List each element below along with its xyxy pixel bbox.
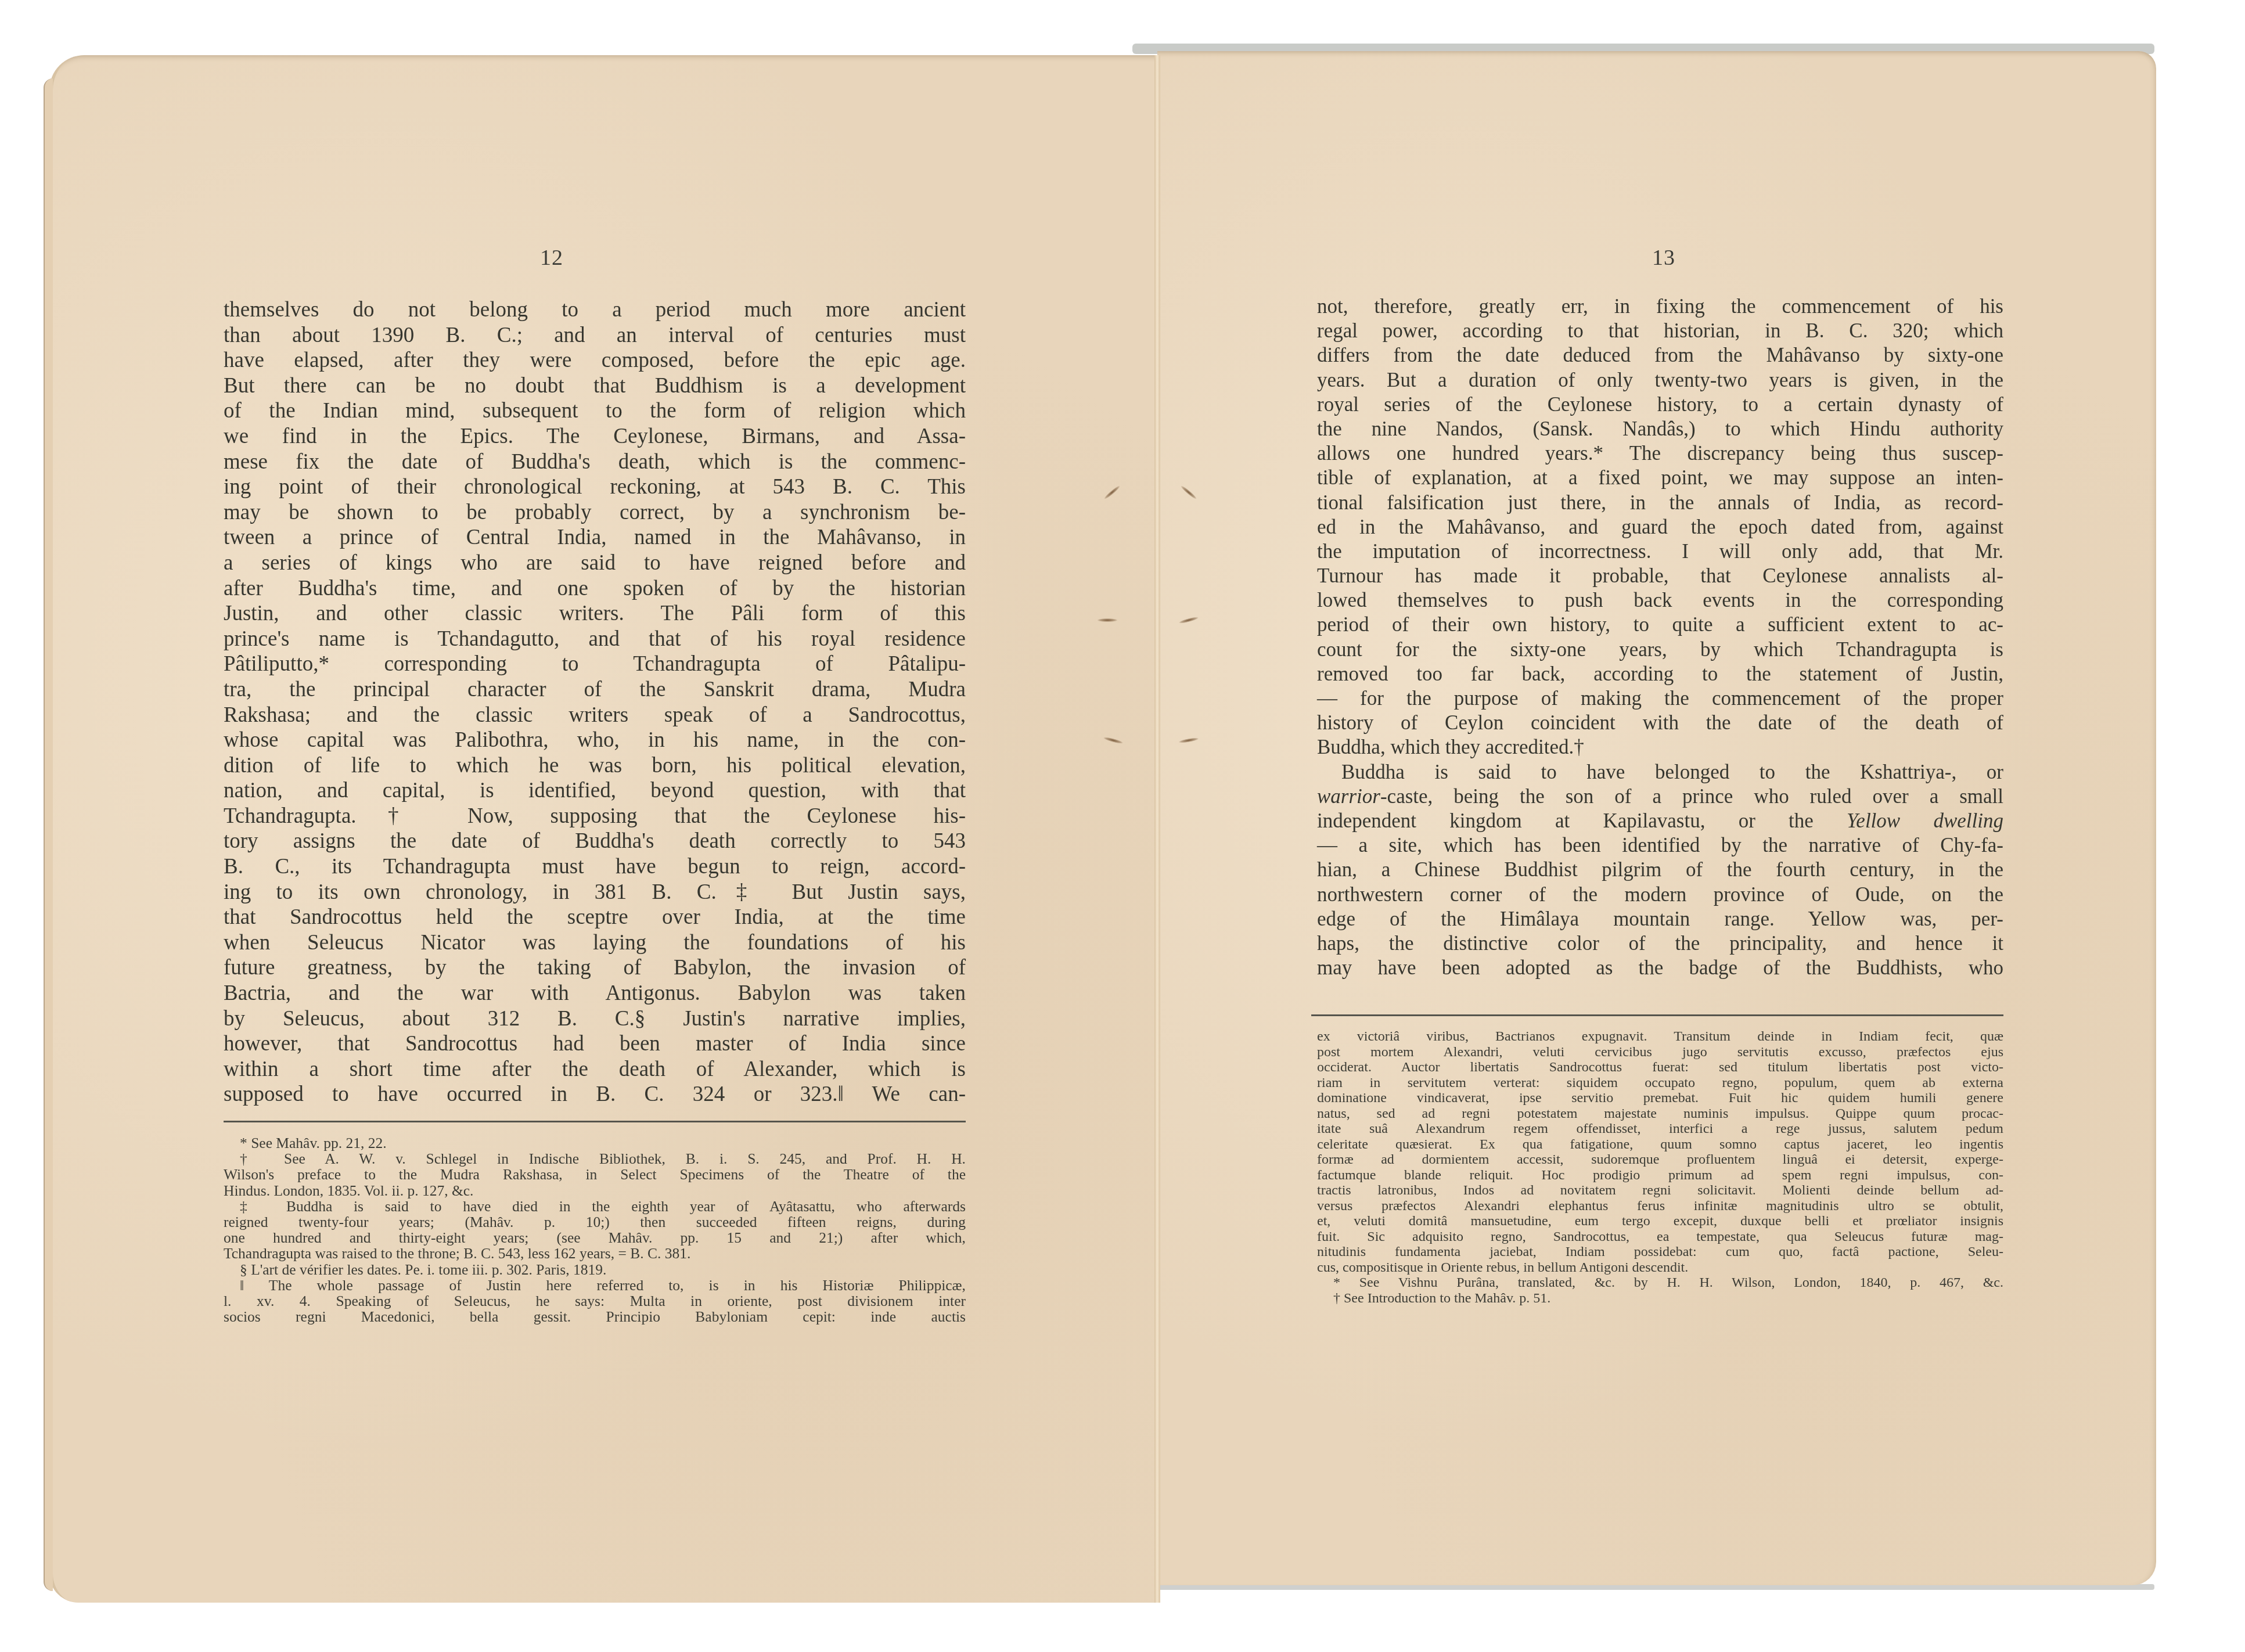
footnote-line: celeritate quæsierat. Ex qua fatigatione… (1317, 1137, 2003, 1153)
text-line: removed too far back, according to the s… (1317, 662, 2003, 686)
text-line: tible of explanation, at a fixed point, … (1317, 466, 2003, 490)
text-line: allows one hundred years.* The discrepan… (1317, 441, 2003, 466)
text-line: prince's name is Tchandagutto, and that … (224, 627, 966, 652)
footnote-line: ‖ The whole passage of Justin here refer… (224, 1277, 966, 1293)
text-line: tra, the principal character of the Sans… (224, 677, 966, 703)
text-line: may have been adopted as the badge of th… (1317, 956, 2003, 980)
footnote-line: * See Mahâv. pp. 21, 22. (224, 1135, 966, 1151)
footnote-line: et, veluti domitâ mansuetudine, eum terg… (1317, 1214, 2003, 1229)
footnote-line: itate suâ Alexandrum regem offendisset, … (1317, 1121, 2003, 1137)
footnote-line: † See A. W. v. Schlegel in Indische Bibl… (224, 1151, 966, 1167)
text-line: tween a prince of Central India, named i… (224, 525, 966, 550)
text-line: haps, the distinctive color of the princ… (1317, 931, 2003, 956)
footnote-line: nitudinis fundamenta jaciebat, Indiam po… (1317, 1244, 2003, 1260)
text-line: Buddha is said to have belonged to the K… (1317, 760, 2003, 784)
text-line: that Sandrocottus held the sceptre over … (224, 905, 966, 930)
text-line: themselves do not belong to a period muc… (224, 297, 966, 323)
page-number-right: 13 (1652, 245, 1675, 271)
text-line: may be shown to be probably correct, by … (224, 500, 966, 526)
text-line: have elapsed, after they were composed, … (224, 348, 966, 373)
text-line: Pâtiliputto,* corresponding to Tchandrag… (224, 652, 966, 677)
text-line: of the Indian mind, subsequent to the fo… (224, 398, 966, 424)
footnote-line: formæ ad dormientem accessit, sudoremque… (1317, 1152, 2003, 1168)
text-line: ed in the Mahâvanso, and guard the epoch… (1317, 515, 2003, 539)
text-line: Tchandragupta.† Now, supposing that the … (224, 804, 966, 829)
text-line: Buddha, which they accredited.† (1317, 735, 2003, 760)
text-segment: independent kingdom at Kapilavastu, or t… (1317, 809, 1847, 832)
text-line: tory assigns the date of Buddha's death … (224, 829, 966, 854)
footnote-line: § L'art de vérifier les dates. Pe. i. to… (224, 1262, 966, 1277)
text-line: B. C., its Tchandragupta must have begun… (224, 854, 966, 880)
book-spine (1154, 55, 1160, 1603)
footnote-line: dominatione vindicaverat, ipse servitio … (1317, 1090, 2003, 1106)
footnote-line: post mortem Alexandri, veluti cervicibus… (1317, 1045, 2003, 1060)
text-line: however, that Sandrocottus had been mast… (224, 1031, 966, 1057)
text-line: — for the purpose of making the commence… (1317, 686, 2003, 711)
footnote-line: l. xv. 4. Speaking of Seleucus, he says:… (224, 1293, 966, 1309)
page-number-left: 12 (540, 245, 563, 271)
text-line: independent kingdom at Kapilavastu, or t… (1317, 809, 2003, 833)
text-line: ing point of their chronological reckoni… (224, 474, 966, 500)
text-line: after Buddha's time, and one spoken of b… (224, 576, 966, 602)
footnote-line: reigned twenty-four years; (Mahâv. p. 10… (224, 1214, 966, 1230)
text-line: — a site, which has been identified by t… (1317, 833, 2003, 858)
text-line: future greatness, by the taking of Babyl… (224, 955, 966, 981)
right-page-footnotes: ex victoriâ viribus, Bactrianos expugnav… (1317, 1029, 2003, 1306)
footnote-rule-right (1311, 1014, 2003, 1016)
text-line: nation, and capital, is identified, beyo… (224, 778, 966, 804)
text-line: hian, a Chinese Buddhist pilgrim of the … (1317, 858, 2003, 882)
text-line: years. But a duration of only twenty-two… (1317, 368, 2003, 393)
text-line: history of Ceylon coincident with the da… (1317, 711, 2003, 735)
italic-term: warrior (1317, 785, 1380, 808)
text-line: within a short time after the death of A… (224, 1057, 966, 1082)
footnote-line: tractis latronibus, Indos ad novitatem r… (1317, 1183, 2003, 1198)
text-line: northwestern corner of the modern provin… (1317, 883, 2003, 907)
text-line: not, therefore, greatly err, in fixing t… (1317, 294, 2003, 319)
text-line: the imputation of incorrectness. I will … (1317, 539, 2003, 564)
text-line: ing to its own chronology, in 381 B. C.‡… (224, 880, 966, 905)
text-line: Bactria, and the war with Antigonus. Bab… (224, 981, 966, 1006)
text-line: edge of the Himâlaya mountain range. Yel… (1317, 907, 2003, 931)
footnote-line: socios regni Macedonici, bella gessit. P… (224, 1309, 966, 1325)
footnote-line: † See Introduction to the Mahâv. p. 51. (1317, 1291, 2003, 1307)
text-line: we find in the Epics. The Ceylonese, Bir… (224, 424, 966, 449)
text-line: Justin, and other classic writers. The P… (224, 601, 966, 627)
text-line: than about 1390 B. C.; and an interval o… (224, 323, 966, 348)
right-page-body: not, therefore, greatly err, in fixing t… (1317, 294, 2003, 980)
footnote-line: ex victoriâ viribus, Bactrianos expugnav… (1317, 1029, 2003, 1045)
text-line: dition of life to which he was born, his… (224, 753, 966, 779)
text-line: Rakshasa; and the classic writers speak … (224, 703, 966, 728)
text-line: a series of kings who are said to have r… (224, 550, 966, 576)
text-line: whose capital was Palibothra, who, in hi… (224, 728, 966, 753)
footnote-line: one hundred and thirty-eight years; (see… (224, 1230, 966, 1246)
text-line: count for the sixty-one years, by which … (1317, 638, 2003, 662)
italic-term: Yellow dwelling (1847, 809, 2003, 832)
text-line: But there can be no doubt that Buddhism … (224, 373, 966, 399)
footnote-line: versus præfectos Alexandri elephantus fe… (1317, 1198, 2003, 1214)
text-line: differs from the date deduced from the M… (1317, 343, 2003, 368)
footnote-line: factumque blande reliquit. Hoc prodigio … (1317, 1168, 2003, 1183)
text-line: royal series of the Ceylonese history, t… (1317, 393, 2003, 417)
text-line: period of their own history, to quite a … (1317, 613, 2003, 637)
text-line: when Seleucus Nicator was laying the fou… (224, 930, 966, 956)
text-line: supposed to have occurred in B. C. 324 o… (224, 1082, 966, 1107)
text-line: warrior-caste, being the son of a prince… (1317, 784, 2003, 809)
left-page-body: themselves do not belong to a period muc… (224, 297, 966, 1107)
footnote-line: fuit. Sic adquisito regno, Sandrocottus,… (1317, 1229, 2003, 1245)
footnote-line: Hindus. London, 1835. Vol. ii. p. 127, &… (224, 1183, 966, 1198)
footnote-line: cus, compositisque in Oriente rebus, in … (1317, 1260, 2003, 1276)
footnote-line: * See Vishnu Purâna, translated, &c. by … (1317, 1275, 2003, 1291)
footnote-line: riam in servitutem verterat: siquidem oc… (1317, 1075, 2003, 1091)
text-line: Turnour has made it probable, that Ceylo… (1317, 564, 2003, 588)
text-line: mese fix the date of Buddha's death, whi… (224, 449, 966, 475)
footnote-line: occiderat. Auctor libertatis Sandrocottu… (1317, 1060, 2003, 1075)
text-line: by Seleucus, about 312 B. C.§ Justin's n… (224, 1006, 966, 1032)
footnote-line: ‡ Buddha is said to have died in the eig… (224, 1198, 966, 1214)
text-segment: -caste, being the son of a prince who ru… (1380, 785, 2003, 808)
stitch-hole-icon (1098, 618, 1117, 622)
footnote-rule-left (224, 1121, 966, 1122)
text-line: regal power, according to that historian… (1317, 319, 2003, 343)
left-page-footnotes: * See Mahâv. pp. 21, 22. † See A. W. v. … (224, 1135, 966, 1325)
footnote-line: natus, sed ad regni potestatem majestate… (1317, 1106, 2003, 1122)
text-line: tional falsification just there, in the … (1317, 491, 2003, 515)
footnote-line: Wilson's preface to the Mudra Rakshasa, … (224, 1167, 966, 1182)
text-line: lowed themselves to push back events in … (1317, 588, 2003, 613)
text-line: the nine Nandos, (Sansk. Nandâs,) to whi… (1317, 417, 2003, 441)
footnote-line: Tchandragupta was raised to the throne; … (224, 1246, 966, 1261)
